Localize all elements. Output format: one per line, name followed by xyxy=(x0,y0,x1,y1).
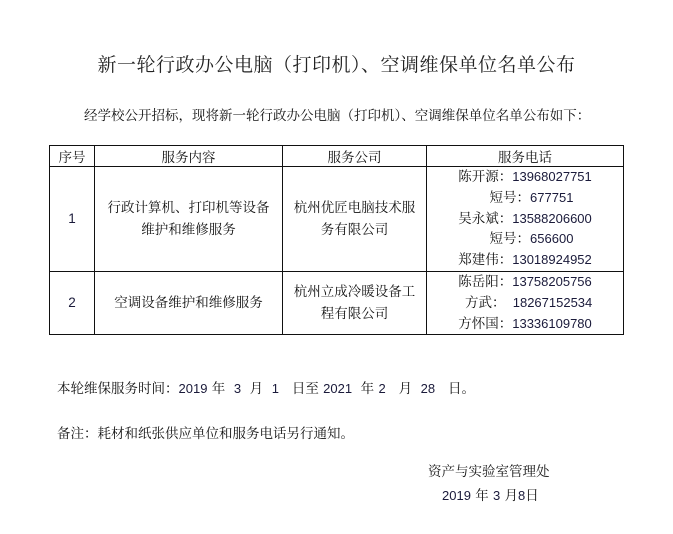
intro-paragraph: 经学校公开招标，现将新一轮行政办公电脑（打印机）、空调维保单位名单公布如下： xyxy=(84,104,590,124)
company-line: 杭州立成冷暖设备工 xyxy=(294,284,416,300)
table-header-row: 序号 服务内容 服务公司 服务电话 xyxy=(50,146,624,167)
phone-entry: 陈开源：13968027751 xyxy=(427,167,623,188)
phone-entry: 吴永斌：13588206600 xyxy=(427,209,623,230)
phone-entry: 短号：656600 xyxy=(427,229,623,250)
remark: 备注：耗材和纸张供应单位和服务电话另行通知。 xyxy=(57,422,354,442)
table-row: 1 行政计算机、打印机等设备 维护和维修服务 杭州优匠电脑技术服 务有限公司 陈… xyxy=(50,167,624,272)
phone-entry: 郑建伟：13018924952 xyxy=(427,250,623,271)
company-line: 程有限公司 xyxy=(321,306,389,322)
row-service-company: 杭州优匠电脑技术服 务有限公司 xyxy=(283,167,427,272)
row-index: 2 xyxy=(50,272,95,335)
service-period: 本轮维保服务时间：2019 年 3 月 1 日至 2021 年 2 月 28 日… xyxy=(57,377,475,397)
phone-entry: 方怀国：13336109780 xyxy=(427,314,623,335)
row-index: 1 xyxy=(50,167,95,272)
content-line: 空调设备维护和维修服务 xyxy=(108,292,269,314)
content-line: 维护和维修服务 xyxy=(141,222,236,238)
row-service-content: 行政计算机、打印机等设备 维护和维修服务 xyxy=(95,167,283,272)
signature-date: 2019 年 3 月8日 xyxy=(442,484,539,504)
header-service-phone: 服务电话 xyxy=(427,146,624,167)
content-line: 行政计算机、打印机等设备 xyxy=(108,200,270,216)
company-line: 务有限公司 xyxy=(321,222,389,238)
signature-org: 资产与实验室管理处 xyxy=(428,460,550,480)
phone-entry: 方武：18267152534 xyxy=(427,293,623,314)
document-title: 新一轮行政办公电脑（打印机）、空调维保单位名单公布 xyxy=(0,50,673,77)
phone-entry: 陈岳阳：13758205756 xyxy=(427,272,623,293)
phone-entry: 短号：677751 xyxy=(427,188,623,209)
vendor-table: 序号 服务内容 服务公司 服务电话 1 行政计算机、打印机等设备 维护和维修服务… xyxy=(49,145,624,335)
row-service-content: 空调设备维护和维修服务 xyxy=(95,272,283,335)
row-service-phones: 陈开源：13968027751 短号：677751 吴永斌：1358820660… xyxy=(427,167,624,272)
row-service-company: 杭州立成冷暖设备工 程有限公司 xyxy=(283,272,427,335)
company-line: 杭州优匠电脑技术服 xyxy=(294,200,416,216)
row-service-phones: 陈岳阳：13758205756 方武：18267152534 方怀国：13336… xyxy=(427,272,624,335)
header-service-company: 服务公司 xyxy=(283,146,427,167)
table-row: 2 空调设备维护和维修服务 杭州立成冷暖设备工 程有限公司 陈岳阳：137582… xyxy=(50,272,624,335)
header-service-content: 服务内容 xyxy=(95,146,283,167)
header-index: 序号 xyxy=(50,146,95,167)
